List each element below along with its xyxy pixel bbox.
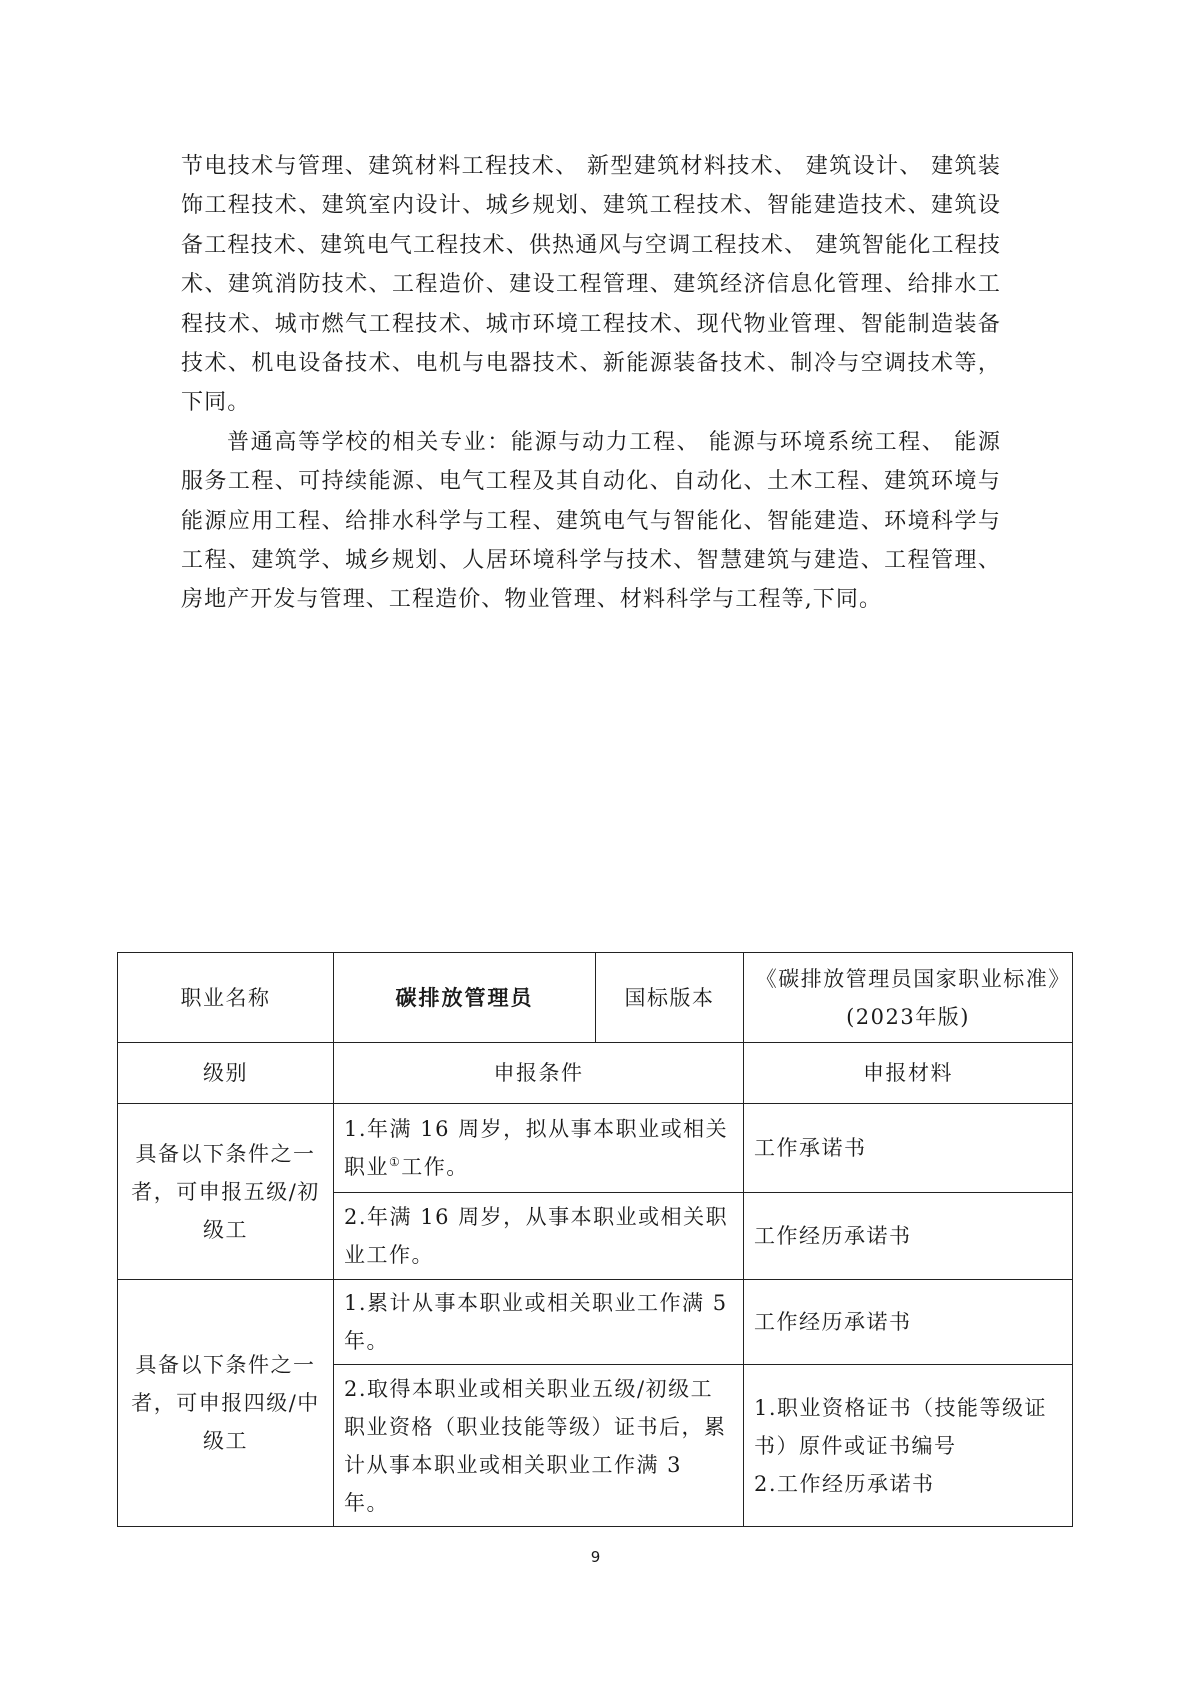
body-text: 节电技术与管理、建筑材料工程技术、 新型建筑材料技术、 建筑设计、 建筑装饰工程…	[181, 147, 1001, 620]
occupation-label: 职业名称	[118, 953, 334, 1043]
material-cell: 1.职业资格证书（技能等级证书）原件或证书编号 2.工作经历承诺书	[744, 1365, 1073, 1527]
table-row: 具备以下条件之一者，可申报五级/初级工 1.年满 16 周岁，拟从事本职业或相关…	[118, 1104, 1073, 1193]
material-cell: 工作承诺书	[744, 1104, 1073, 1193]
column-header-materials: 申报材料	[744, 1043, 1073, 1104]
condition-cell: 1.年满 16 周岁，拟从事本职业或相关职业①工作。	[334, 1104, 744, 1193]
paragraph-vocational-majors: 节电技术与管理、建筑材料工程技术、 新型建筑材料技术、 建筑设计、 建筑装饰工程…	[181, 147, 1001, 423]
table-row: 具备以下条件之一者，可申报四级/中级工 1.累计从事本职业或相关职业工作满 5 …	[118, 1280, 1073, 1365]
material-cell: 工作经历承诺书	[744, 1193, 1073, 1280]
table-column-headers: 级别 申报条件 申报材料	[118, 1043, 1073, 1104]
level-cell: 具备以下条件之一者，可申报五级/初级工	[118, 1104, 334, 1280]
application-requirements-table: 职业名称 碳排放管理员 国标版本 《碳排放管理员国家职业标准》(2023年版) …	[117, 952, 1073, 1527]
standard-label: 国标版本	[596, 953, 744, 1043]
standard-value: 《碳排放管理员国家职业标准》(2023年版)	[744, 953, 1073, 1043]
occupation-name: 碳排放管理员	[334, 953, 596, 1043]
column-header-conditions: 申报条件	[334, 1043, 744, 1104]
condition-cell: 2.取得本职业或相关职业五级/初级工职业资格（职业技能等级）证书后，累计从事本职…	[334, 1365, 744, 1527]
footnote-mark: ①	[389, 1155, 401, 1169]
page-number: 9	[0, 1548, 1191, 1566]
column-header-level: 级别	[118, 1043, 334, 1104]
level-cell: 具备以下条件之一者，可申报四级/中级工	[118, 1280, 334, 1527]
condition-cell: 2.年满 16 周岁，从事本职业或相关职业工作。	[334, 1193, 744, 1280]
paragraph-university-majors: 普通高等学校的相关专业：能源与动力工程、 能源与环境系统工程、 能源服务工程、可…	[181, 423, 1001, 620]
condition-cell: 1.累计从事本职业或相关职业工作满 5 年。	[334, 1280, 744, 1365]
condition-text-end: 工作。	[401, 1155, 469, 1179]
material-cell: 工作经历承诺书	[744, 1280, 1073, 1365]
table-header-row: 职业名称 碳排放管理员 国标版本 《碳排放管理员国家职业标准》(2023年版)	[118, 953, 1073, 1043]
